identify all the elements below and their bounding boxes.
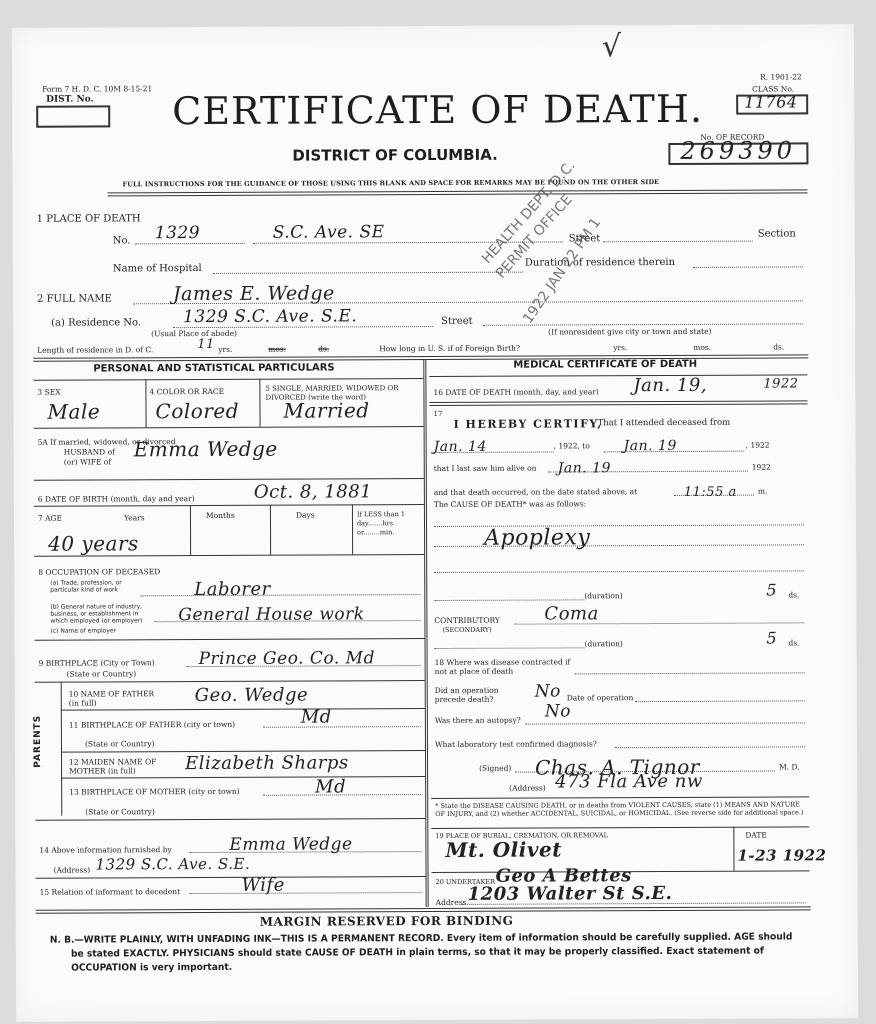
sex-label: 3 SEX: [37, 388, 60, 397]
residence-label: (a) Residence No.: [51, 317, 141, 328]
medical-section-title: MEDICAL CERTIFICATE OF DEATH: [513, 359, 697, 371]
signed-label: (Signed): [479, 764, 511, 773]
mother-label: 12 MAIDEN NAME OF MOTHER (in full): [69, 757, 179, 775]
certify-label: I HEREBY CERTIFY,: [454, 417, 603, 431]
class-no: 11764: [744, 92, 797, 111]
foreign-yrs-label: yrs.: [613, 343, 627, 352]
undertaker-address: 1203 Walter St S.E.: [468, 883, 673, 905]
physician-address: 473 Fla Ave nw: [555, 771, 703, 793]
birthplace-sub-label: (State or Country): [67, 669, 137, 678]
length-yrs: 11: [197, 337, 215, 352]
death-certificate: √ Form 7 H. D. C. 10M 8-15-21 DIST. No. …: [12, 24, 858, 1022]
section-label: Section: [758, 228, 796, 239]
birthplace-label: 9 BIRTHPLACE (City or Town): [39, 658, 155, 668]
cause-duration-label: (duration): [584, 591, 622, 600]
certify-rest: That I attended deceased from: [598, 418, 731, 429]
informant-label: 14 Above information furnished by: [39, 845, 171, 855]
relation-value: Wife: [242, 875, 285, 896]
occ-b-label: (b) General nature of industry, business…: [50, 603, 150, 624]
wife-label: (or) WIFE of: [64, 457, 111, 466]
personal-section-title: PERSONAL AND STATISTICAL PARTICULARS: [93, 362, 334, 374]
mother-birthplace-value: Md: [315, 776, 346, 797]
page-subtitle: DISTRICT OF COLUMBIA.: [292, 146, 497, 165]
lab-label: What laboratory test confirmed diagnosis…: [435, 739, 597, 749]
burial-date-label: DATE: [745, 831, 767, 840]
death-time: 11:55 a: [684, 485, 737, 500]
foreign-mos-label: mos.: [693, 343, 711, 352]
secondary-label: (SECONDARY): [442, 626, 491, 634]
cert-no: 17: [434, 410, 443, 418]
place-no-label: No.: [113, 235, 131, 246]
margin-note: MARGIN RESERVED FOR BINDING: [260, 914, 514, 929]
occupation-label: 8 OCCUPATION OF DECEASED: [38, 567, 160, 577]
father-label: 10 NAME OF FATHER (in full): [69, 689, 159, 707]
operation-date-label: Date of operation: [567, 693, 634, 702]
place-street: S.C. Ave. SE: [273, 222, 385, 242]
record-no-field: 269390: [668, 142, 808, 165]
street-label: Street: [569, 233, 601, 244]
mother-value: Elizabeth Sharps: [185, 752, 349, 774]
occ-a-label: (a) Trade, profession, or particular kin…: [50, 579, 140, 593]
race-label: 4 COLOR OR RACE: [149, 387, 224, 396]
death-time-label: and that death occurred, on the date sta…: [434, 487, 637, 497]
checkmark: √: [602, 29, 621, 64]
full-name: James E. Wedge: [173, 282, 335, 305]
occ-a-value: Laborer: [194, 579, 270, 600]
hospital-label: Name of Hospital: [113, 263, 202, 274]
contracted-label: 18 Where was disease contracted if not a…: [435, 657, 575, 676]
contributory-duration-label: (duration): [585, 639, 623, 648]
autopsy-label: Was there an autopsy?: [435, 716, 521, 725]
spouse-value: Emma Wedge: [134, 437, 278, 462]
contributory-label: CONTRIBUTORY: [434, 616, 499, 625]
mother-birthplace-label: 13 BIRTHPLACE OF MOTHER (city or town): [69, 787, 240, 797]
column-divider: [423, 359, 428, 907]
age-value: 40 years: [48, 531, 139, 555]
place-of-death-label: 1 PLACE OF DEATH: [37, 213, 141, 224]
birthplace-value: Prince Geo. Co. Md: [199, 648, 375, 669]
reg-ref: R. 1901-22: [760, 72, 802, 81]
abode-note: (Usual Place of abode): [151, 329, 237, 338]
race-value: Colored: [155, 399, 239, 423]
less-than-day-label: If LESS than 1 day.......hrs. or........…: [357, 510, 419, 537]
ds-label: ds.: [318, 344, 329, 353]
burial-value: Mt. Olivet: [445, 837, 562, 862]
sex-value: Male: [47, 399, 100, 423]
cause-duration: 5: [766, 581, 777, 600]
operation-label: Did an operation precede death?: [435, 686, 531, 704]
cause-value: Apoplexy: [484, 525, 590, 550]
residence-street-label: Street: [441, 316, 473, 327]
cause-label: The CAUSE OF DEATH* was as follows:: [434, 499, 586, 509]
yrs-label: yrs.: [218, 345, 232, 354]
marital-value: Married: [283, 398, 369, 422]
mos-label: mos.: [268, 345, 286, 354]
last-seen-label: that I last saw him alive on: [434, 464, 537, 473]
md-label: M. D.: [779, 762, 800, 771]
mother-birthplace-sub-label: (State or Country): [85, 807, 155, 816]
physician-address-label: (Address): [509, 784, 546, 793]
contributory-value: Coma: [544, 603, 599, 624]
dod-label: 16 DATE OF DEATH (month, day, and year): [433, 387, 598, 397]
record-no: 269390: [680, 136, 796, 165]
contributory-duration-ds: ds.: [789, 638, 800, 647]
duration-label: Duration of residence therein: [525, 257, 675, 269]
dob-label: 6 DATE OF BIRTH (month, day and year): [38, 494, 195, 504]
contributory-duration: 5: [766, 629, 777, 648]
dob-value: Oct. 8, 1881: [254, 481, 372, 503]
page-title: CERTIFICATE OF DEATH.: [172, 87, 703, 133]
dist-no-label: DIST. No.: [46, 94, 94, 104]
occ-b-value: General House work: [178, 604, 364, 625]
cause-footnote: * State the DISEASE CAUSING DEATH, or in…: [435, 800, 807, 818]
father-birthplace-label: 11 BIRTHPLACE OF FATHER (city or town): [69, 720, 235, 730]
attended-from: Jan. 14: [434, 439, 487, 455]
foreign-label: How long in U. S. if of Foreign Birth?: [379, 344, 520, 354]
operation-value: No: [535, 681, 561, 701]
length-label: Length of residence in D. of C.: [37, 345, 153, 355]
am-pm-label: m.: [758, 487, 768, 496]
from-year: , 1922, to: [554, 441, 590, 450]
last-seen-year: 1922: [752, 463, 771, 472]
dod-value: Jan. 19,: [633, 375, 707, 396]
class-no-field: 11764: [736, 94, 808, 114]
divider: [108, 189, 808, 196]
divider: [33, 378, 423, 381]
undertaker-address-label: Address: [436, 898, 467, 907]
parents-label: PARENTS: [33, 715, 43, 768]
father-birthplace-sub-label: (State or Country): [85, 739, 155, 748]
father-birthplace-value: Md: [301, 706, 332, 727]
occ-c-label: (c) Name of employer: [50, 627, 116, 634]
husband-label: HUSBAND of: [64, 447, 115, 456]
days-label: Days: [296, 511, 315, 520]
months-label: Months: [206, 511, 235, 520]
autopsy-value: No: [545, 701, 571, 721]
to-year: , 1922: [746, 441, 770, 450]
dist-no-field: [36, 105, 110, 127]
cause-duration-ds: ds.: [788, 590, 799, 599]
informant-address-label: (Address): [53, 866, 90, 875]
informant-value: Emma Wedge: [229, 834, 352, 855]
full-name-label: 2 FULL NAME: [37, 293, 112, 304]
form-id: Form 7 H. D. C. 10M 8-15-21: [42, 84, 152, 93]
place-no: 1329: [155, 223, 200, 243]
informant-address-value: 1329 S.C. Ave. S.E.: [95, 855, 250, 874]
last-seen-value: Jan. 19: [558, 460, 611, 476]
age-label: 7 AGE: [38, 514, 62, 523]
relation-label: 15 Relation of informant to decedent: [40, 887, 181, 897]
dod-year: 1922: [763, 376, 798, 391]
burial-date: 1-23 1922: [737, 846, 826, 864]
attended-to: Jan. 19: [624, 438, 677, 454]
years-label: Years: [124, 513, 145, 522]
father-value: Geo. Wedge: [195, 685, 308, 706]
instructions: FULL INSTRUCTIONS FOR THE GUIDANCE OF TH…: [123, 178, 660, 188]
nonresident-note: (If nonresident give city or town and st…: [548, 327, 711, 337]
residence: 1329 S.C. Ave. S.E.: [183, 306, 357, 327]
nb-instructions: N. B.—WRITE PLAINLY, WITH UNFADING INK—T…: [50, 930, 801, 975]
foreign-ds-label: ds.: [773, 342, 784, 351]
